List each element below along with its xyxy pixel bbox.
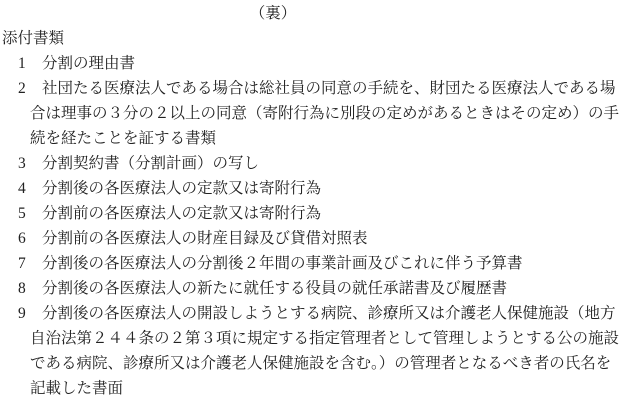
- item-number: 4: [18, 176, 42, 201]
- list-item: 4分割後の各医療法人の定款又は寄附行為: [0, 176, 624, 201]
- item-text: 分割前の各医療法人の定款又は寄附行為: [42, 205, 321, 222]
- item-text: 分割後の各医療法人の開設しようとする病院、診療所又は介護老人保健施設（地方: [42, 305, 616, 322]
- item-number: 1: [18, 51, 42, 76]
- document-page: （裏） 添付書類 1分割の理由書 2社団たる医療法人である場合は総社員の同意の手…: [0, 0, 624, 396]
- item-number: 3: [18, 151, 42, 176]
- item-text-continuation: である病院、診療所又は介護老人保健施設を含む。）の管理者となるべき者の氏名を: [0, 351, 624, 376]
- attachments-heading: 添付書類: [0, 26, 624, 51]
- list-item: 5分割前の各医療法人の定款又は寄附行為: [0, 201, 624, 226]
- item-text-continuation: 記載した書面: [0, 376, 624, 396]
- item-number: 2: [18, 76, 42, 101]
- item-text-continuation: 続を経たことを証する書類: [0, 126, 624, 151]
- list-item: 6分割前の各医療法人の財産目録及び貸借対照表: [0, 226, 624, 251]
- item-number: 9: [18, 301, 42, 326]
- list-item: 2社団たる医療法人である場合は総社員の同意の手続を、財団たる医療法人である場: [0, 76, 624, 101]
- item-text: 分割前の各医療法人の財産目録及び貸借対照表: [42, 230, 368, 247]
- item-text: 分割後の各医療法人の分割後２年間の事業計画及びこれに伴う予算書: [42, 255, 523, 272]
- item-text-continuation: 自治法第２４４条の２第３項に規定する指定管理者として管理しようとする公の施設: [0, 326, 624, 351]
- item-text: 分割の理由書: [42, 55, 135, 72]
- item-number: 7: [18, 251, 42, 276]
- item-number: 8: [18, 276, 42, 301]
- item-number: 6: [18, 226, 42, 251]
- list-item: 9分割後の各医療法人の開設しようとする病院、診療所又は介護老人保健施設（地方: [0, 301, 624, 326]
- list-item: 7分割後の各医療法人の分割後２年間の事業計画及びこれに伴う予算書: [0, 251, 624, 276]
- list-item: 3分割契約書（分割計画）の写し: [0, 151, 624, 176]
- item-number: 5: [18, 201, 42, 226]
- item-text: 分割契約書（分割計画）の写し: [42, 155, 259, 172]
- item-text: 社団たる医療法人である場合は総社員の同意の手続を、財団たる医療法人である場: [42, 80, 616, 97]
- page-side-label-row: （裏）: [0, 1, 546, 26]
- item-text: 分割後の各医療法人の新たに就任する役員の就任承諾書及び履歴書: [42, 280, 507, 297]
- item-text-continuation: 合は理事の３分の２以上の同意（寄附行為に別段の定めがあるときはその定め）の手: [0, 101, 624, 126]
- page-side-label: （裏）: [250, 5, 297, 22]
- list-item: 8分割後の各医療法人の新たに就任する役員の就任承諾書及び履歴書: [0, 276, 624, 301]
- list-item: 1分割の理由書: [0, 51, 624, 76]
- item-text: 分割後の各医療法人の定款又は寄附行為: [42, 180, 321, 197]
